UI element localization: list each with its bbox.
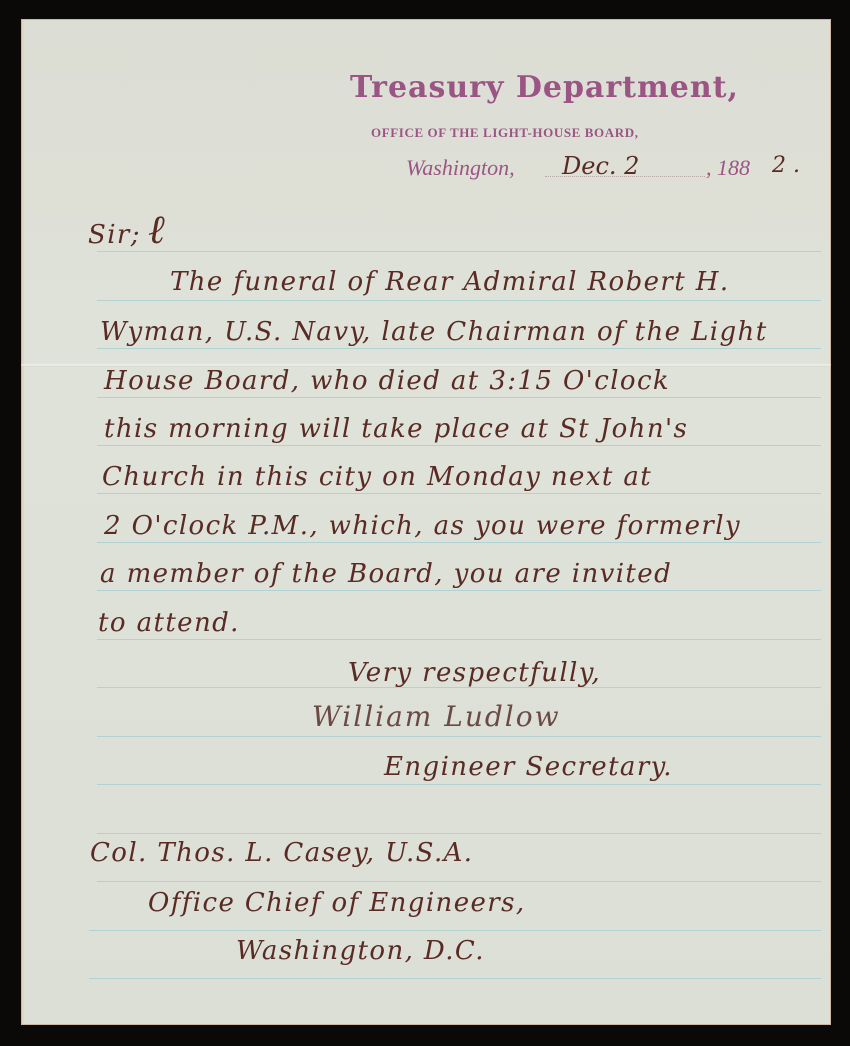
ruled-line (97, 639, 821, 640)
letterhead-subtitle: OFFICE OF THE LIGHT-HOUSE BOARD, (371, 125, 639, 141)
ruled-line (97, 833, 821, 834)
ruled-line (97, 736, 821, 737)
signature: William Ludlow (312, 700, 561, 733)
ruled-line (89, 930, 821, 931)
addressee-city: Washington, D.C. (236, 936, 485, 966)
ruled-line (97, 590, 821, 591)
body-line-5: Church in this city on Monday next at (102, 462, 652, 492)
letterhead-place: Washington, (406, 155, 515, 181)
body-line-3: House Board, who died at 3:15 O'clock (104, 366, 670, 396)
ruled-line (97, 784, 821, 785)
date-year-printed: , 188 (706, 155, 750, 181)
ruled-line (97, 542, 821, 543)
closing: Very respectfully, (348, 658, 601, 688)
body-line-6: 2 O'clock P.M., which, as you were forme… (104, 511, 741, 541)
body-line-4: this morning will take place at St John'… (104, 414, 688, 444)
body-line-1: The funeral of Rear Admiral Robert H. (170, 267, 730, 297)
ruled-line (97, 251, 821, 252)
ruled-line (97, 493, 821, 494)
date-year-handwritten: 2 . (772, 153, 800, 178)
ruled-line (97, 300, 821, 301)
body-line-8: to attend. (98, 608, 240, 638)
signer-title: Engineer Secretary. (384, 752, 673, 782)
salutation-flourish: ℓ (148, 206, 165, 253)
body-line-7: a member of the Board, you are invited (100, 559, 672, 589)
ruled-line (97, 881, 821, 882)
salutation: Sir; (88, 220, 141, 250)
addressee-office: Office Chief of Engineers, (148, 888, 526, 918)
ruled-line (97, 445, 821, 446)
date-month-day: Dec. 2 (562, 152, 639, 180)
addressee-name: Col. Thos. L. Casey, U.S.A. (90, 838, 473, 868)
ruled-line (89, 978, 821, 979)
body-line-2: Wyman, U.S. Navy, late Chairman of the L… (100, 317, 768, 347)
letterhead-title: Treasury Department, (350, 70, 739, 105)
ruled-line (97, 397, 821, 398)
ruled-line (97, 348, 821, 349)
